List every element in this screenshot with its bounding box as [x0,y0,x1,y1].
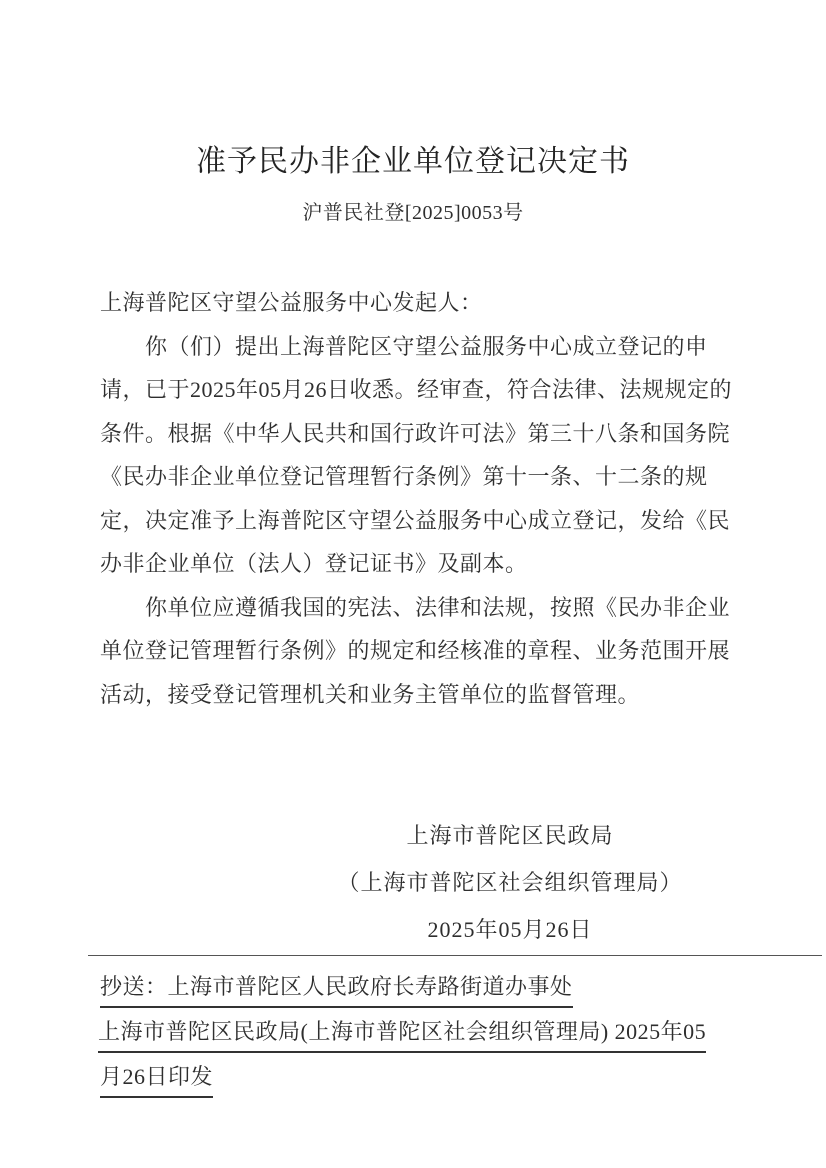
body-line: 你单位应遵循我国的宪法、法律和法规，按照《民办非企业 [100,586,740,630]
signature-block: 上海市普陀区民政局 （上海市普陀区社会组织管理局） 2025年05月26日 [280,812,740,953]
signature-agency: 上海市普陀区民政局 [280,812,740,859]
footer-cc-line: 抄送：上海市普陀区人民政府长寿路街道办事处 [100,970,573,1008]
body-line: 条件。根据《中华人民共和国行政许可法》第三十八条和国务院 [100,412,740,456]
body-line: 办非企业单位（法人）登记证书》及副本。 [100,542,740,586]
document-body: 上海普陀区守望公益服务中心发起人： 你（们）提出上海普陀区守望公益服务中心成立登… [100,281,740,716]
document-number: 沪普民社登[2025]0053号 [0,196,826,225]
body-line-salutation: 上海普陀区守望公益服务中心发起人： [100,281,740,325]
signature-date: 2025年05月26日 [280,906,740,953]
footer-issue-line-1: 上海市普陀区民政局(上海市普陀区社会组织管理局) 2025年05 [98,1015,706,1053]
body-line: 单位登记管理暂行条例》的规定和经核准的章程、业务范围开展 [100,629,740,673]
footer-cc-text: 抄送：上海市普陀区人民政府长寿路街道办事处 [100,970,573,1008]
body-line: 《民办非企业单位登记管理暂行条例》第十一条、十二条的规 [100,455,740,499]
document-page: 准予民办非企业单位登记决定书 沪普民社登[2025]0053号 上海普陀区守望公… [0,0,826,1168]
footer-issue-text-1: 上海市普陀区民政局(上海市普陀区社会组织管理局) 2025年05 [98,1015,706,1053]
signature-agency-alias: （上海市普陀区社会组织管理局） [280,859,740,906]
footer-issue-text-2: 月26日印发 [100,1060,213,1098]
body-line: 请，已于2025年05月26日收悉。经审查，符合法律、法规规定的 [100,368,740,412]
footer-divider [88,955,822,956]
body-line: 活动，接受登记管理机关和业务主管单位的监督管理。 [100,673,740,717]
footer-issue-line-2: 月26日印发 [100,1060,213,1098]
document-title: 准予民办非企业单位登记决定书 [0,136,826,180]
body-line: 定，决定准予上海普陀区守望公益服务中心成立登记，发给《民 [100,499,740,543]
body-line: 你（们）提出上海普陀区守望公益服务中心成立登记的申 [100,325,740,369]
